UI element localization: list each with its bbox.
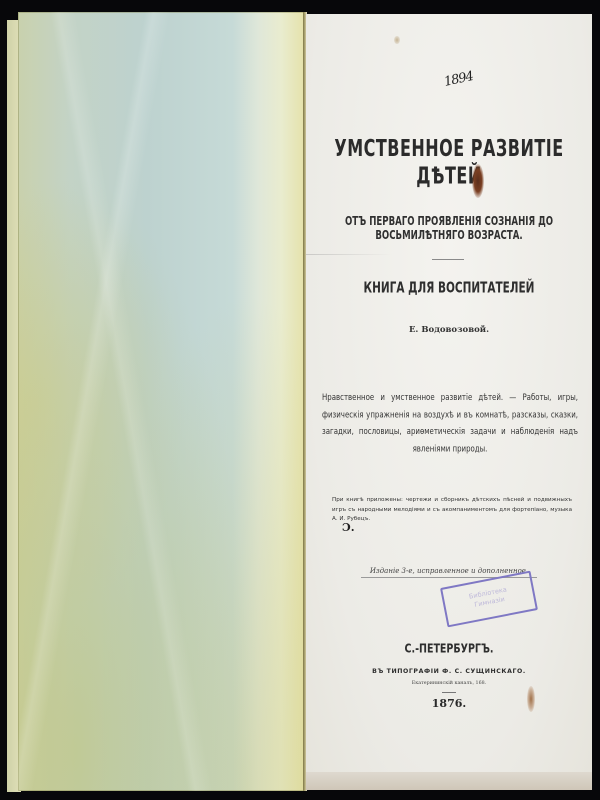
divider-rule xyxy=(442,692,456,693)
printer-address: Екатерининскій каналъ, 168. xyxy=(306,681,592,686)
left-endpaper xyxy=(18,12,305,791)
printer-name: ВЪ ТИПОГРАФІИ Ф. С. СУЩИНСКАГО. xyxy=(306,668,592,675)
divider-rule xyxy=(432,259,464,260)
handwritten-shelfmark: 1894 xyxy=(443,69,475,90)
title-page: 1894 УМСТВЕННОЕ РАЗВИТІЕ ДѢТЕЙ ОТЪ ПЕРВА… xyxy=(306,14,592,773)
ornament-mark: Ɔ. xyxy=(342,521,355,534)
book-author: Е. Водовозовой. xyxy=(306,325,592,335)
library-stamp: Библіотека Гимназіи xyxy=(440,571,538,628)
publication-place: С.-ПЕТЕРБУРГЪ. xyxy=(306,642,592,656)
paper-crease xyxy=(306,254,592,255)
publication-year: 1876. xyxy=(306,697,592,710)
book-title: УМСТВЕННОЕ РАЗВИТІЕ ДѢТЕЙ xyxy=(306,134,592,189)
book-scan: 1894 УМСТВЕННОЕ РАЗВИТІЕ ДѢТЕЙ ОТЪ ПЕРВА… xyxy=(0,0,600,800)
ink-stain xyxy=(472,164,484,198)
book-audience: КНИГА ДЛЯ ВОСПИТАТЕЛЕЙ xyxy=(306,280,592,297)
foxing-stain xyxy=(527,686,535,712)
book-subtitle: ОТЪ ПЕРВАГО ПРОЯВЛЕНІЯ СОЗНАНІЯ ДО ВОСЬМ… xyxy=(306,215,592,243)
page-bottom-edge xyxy=(306,772,592,790)
appendix-note: При книгѣ приложены: чертежи и сборникъ … xyxy=(332,496,572,525)
paper-stain xyxy=(394,36,400,44)
contents-summary: Нравственное и умственное развитіе дѣтей… xyxy=(322,390,578,458)
